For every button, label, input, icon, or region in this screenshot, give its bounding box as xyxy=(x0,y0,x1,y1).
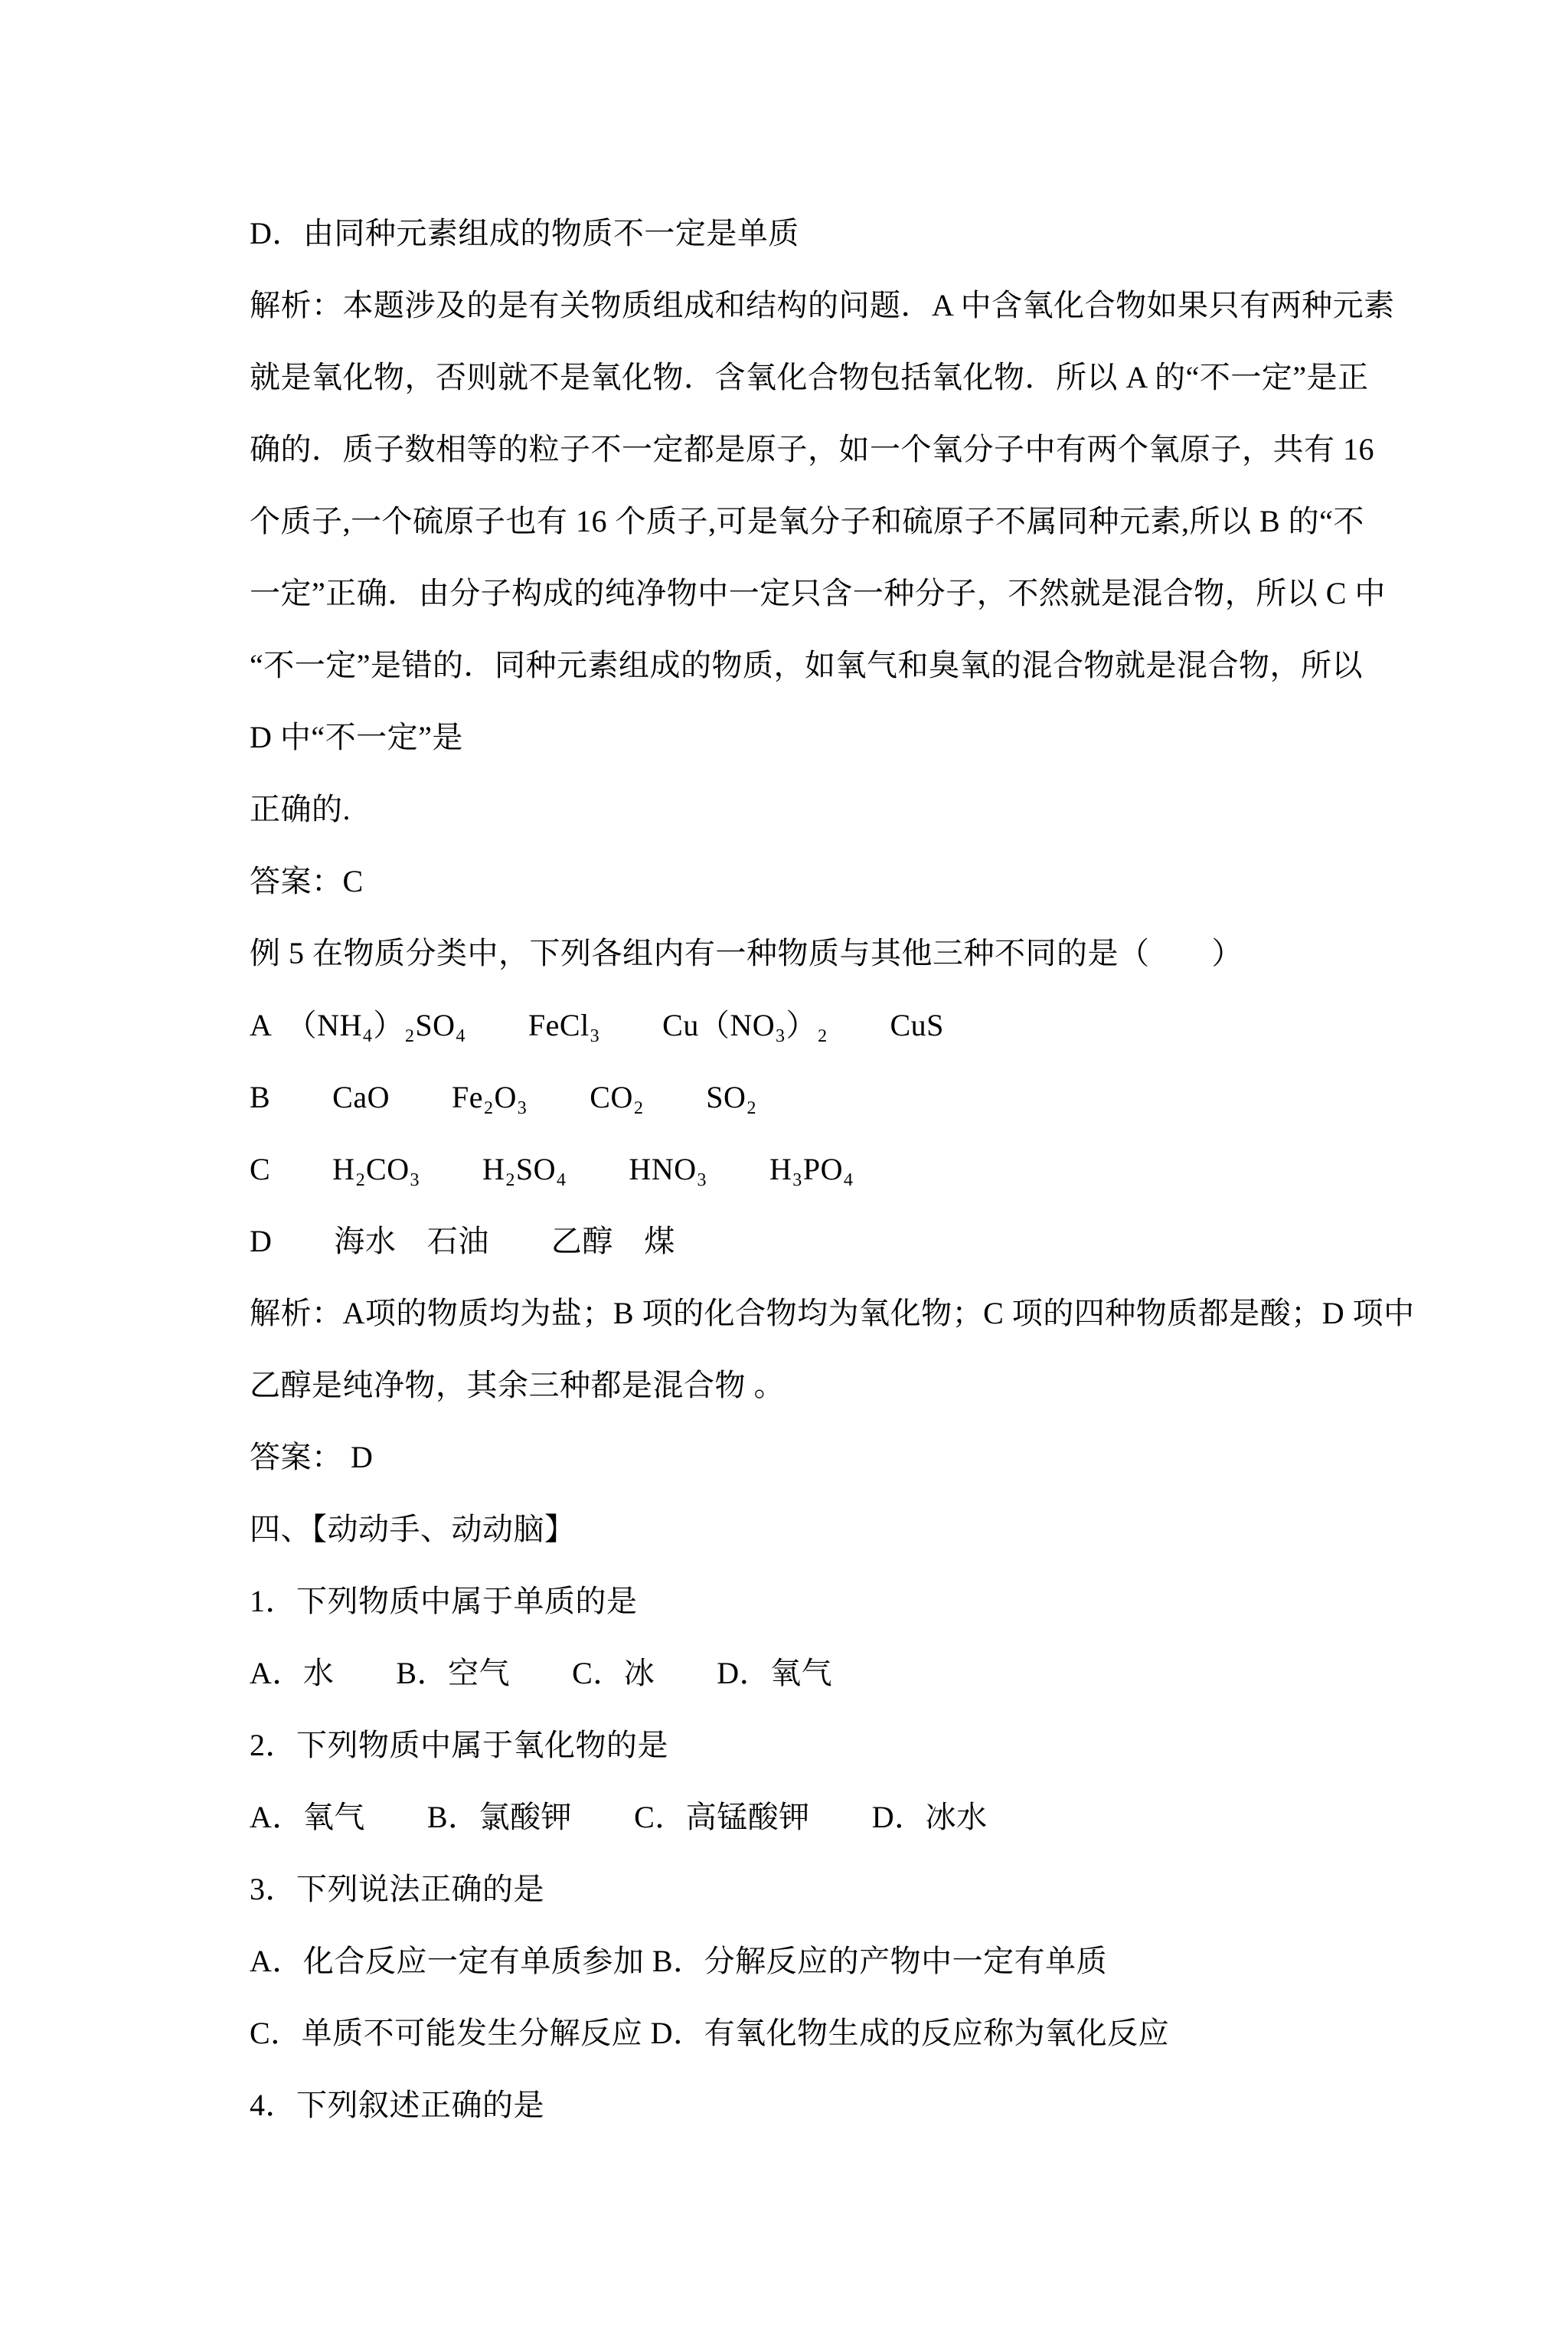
doc-line-example5-option-b: B CaO Fe₂O₃ CO₂ SO₂ xyxy=(250,1061,1383,1133)
doc-line-q3-options-cd: C．单质不可能发生分解反应 D．有氧化物生成的反应称为氧化反应 xyxy=(250,1997,1383,2069)
doc-line-option-d: D．由同种元素组成的物质不一定是单质 xyxy=(250,198,1383,270)
doc-line-example5-analysis-1: 解析：A项的物质均为盐；B 项的化合物均为氧化物；C 项的四种物质都是酸；D 项… xyxy=(250,1277,1383,1349)
doc-line-q3-options-ab: A．化合反应一定有单质参加 B．分解反应的产物中一定有单质 xyxy=(250,1925,1383,1997)
doc-line-analysis-8: 正确的. xyxy=(250,774,1383,846)
doc-line-q2-options: A．氧气 B．氯酸钾 C．高锰酸钾 D．冰水 xyxy=(250,1781,1383,1853)
doc-line-example5-option-a: A （NH₄）₂SO₄ FeCl₃ Cu（NO₃）₂ CuS xyxy=(250,989,1383,1061)
doc-line-answer-c: 答案：C xyxy=(250,846,1383,918)
doc-line-example5-option-d: D 海水 石油 乙醇 煤 xyxy=(250,1205,1383,1277)
doc-line-analysis-3: 确的．质子数相等的粒子不一定都是原子，如一个氧分子中有两个氧原子，共有 16 xyxy=(250,414,1383,486)
doc-line-analysis-6: “不一定”是错的．同种元素组成的物质，如氧气和臭氧的混合物就是混合物，所以 xyxy=(250,630,1383,702)
doc-line-analysis-1: 解析：本题涉及的是有关物质组成和结构的问题．A 中含氧化合物如果只有两种元素 xyxy=(250,270,1383,342)
document-page: D．由同种元素组成的物质不一定是单质 解析：本题涉及的是有关物质组成和结构的问题… xyxy=(250,198,1383,2141)
doc-line-q2: 2．下列物质中属于氧化物的是 xyxy=(250,1709,1383,1781)
doc-line-q1: 1．下列物质中属于单质的是 xyxy=(250,1565,1383,1637)
doc-line-analysis-7: D 中“不一定”是 xyxy=(250,702,1383,774)
doc-line-section4-heading: 四、【动动手、动动脑】 xyxy=(250,1493,1383,1565)
doc-line-q1-options: A．水 B．空气 C．冰 D．氧气 xyxy=(250,1637,1383,1709)
doc-line-analysis-5: 一定”正确．由分子构成的纯净物中一定只含一种分子，不然就是混合物，所以 C 中 xyxy=(250,558,1383,630)
doc-line-q4: 4．下列叙述正确的是 xyxy=(250,2069,1383,2141)
doc-line-q3: 3．下列说法正确的是 xyxy=(250,1853,1383,1925)
doc-line-analysis-4: 个质子,一个硫原子也有 16 个质子,可是氧分子和硫原子不属同种元素,所以 B … xyxy=(250,486,1383,558)
doc-line-example5-option-c: C H₂CO₃ H₂SO₄ HNO₃ H₃PO₄ xyxy=(250,1133,1383,1205)
doc-line-analysis-2: 就是氧化物，否则就不是氧化物．含氧化合物包括氧化物．所以 A 的“不一定”是正 xyxy=(250,342,1383,414)
doc-line-example5-analysis-2: 乙醇是纯净物，其余三种都是混合物 。 xyxy=(250,1349,1383,1421)
doc-line-answer-d: 答案： D xyxy=(250,1421,1383,1493)
doc-line-example5-question: 例 5 在物质分类中，下列各组内有一种物质与其他三种不同的是（ ） xyxy=(250,918,1383,989)
